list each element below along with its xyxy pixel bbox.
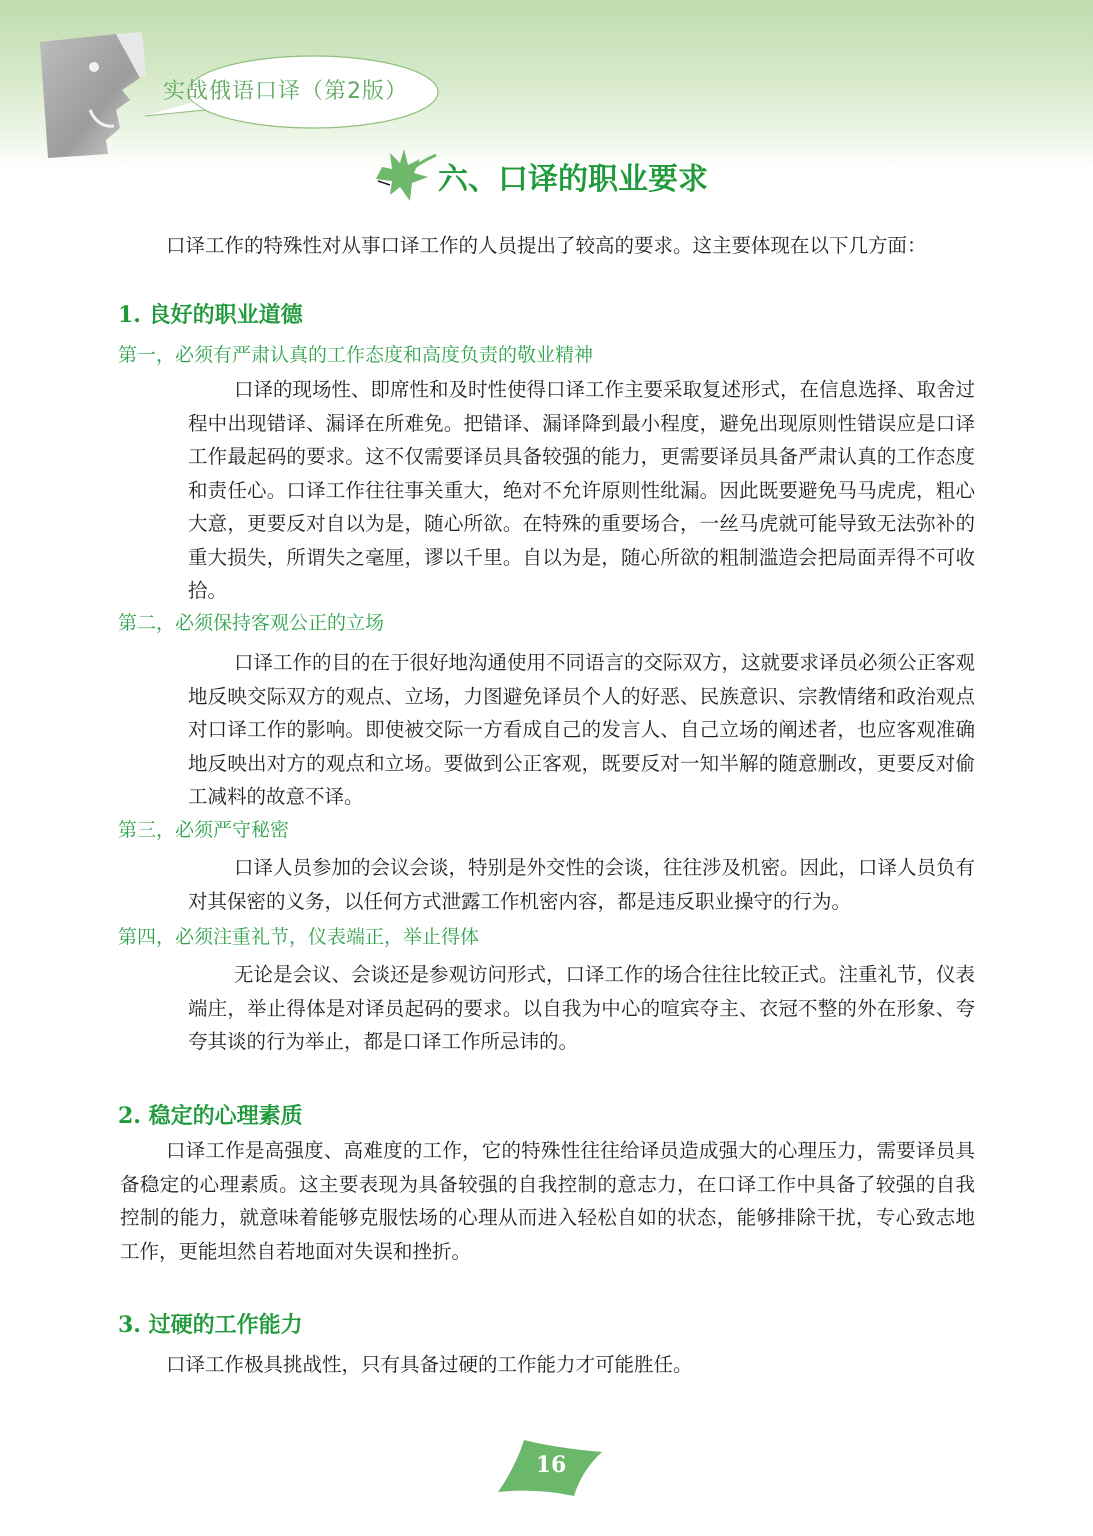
subsection-heading: 第三，必须严守秘密 — [118, 815, 289, 845]
intro-paragraph: 口译工作的特殊性对从事口译工作的人员提出了较高的要求。这主要体现在以下几方面： — [120, 229, 975, 263]
body-paragraph: 口译的现场性、即席性和及时性使得口译工作主要采取复述形式，在信息选择、取舍过程中… — [188, 373, 975, 608]
body-paragraph: 口译人员参加的会议会谈，特别是外交性的会谈，往往涉及机密。因此，口译人员负有对其… — [188, 851, 975, 918]
book-title: 实战俄语口译（第2版） — [163, 72, 423, 112]
body-paragraph: 口译工作是高强度、高难度的工作，它的特殊性往往给译员造成强大的心理压力，需要译员… — [120, 1134, 975, 1268]
body-paragraph: 无论是会议、会谈还是参观访问形式，口译工作的场合往往比较正式。注重礼节，仪表端庄… — [188, 958, 975, 1059]
subsection-heading: 第二，必须保持客观公正的立场 — [118, 608, 384, 638]
section-heading: 3. 过硬的工作能力 — [118, 1308, 303, 1342]
page-number: 16 — [496, 1450, 606, 1480]
maple-leaf-icon — [368, 145, 438, 205]
section-heading: 2. 稳定的心理素质 — [118, 1099, 303, 1133]
subsection-heading: 第四，必须注重礼节，仪表端正，举止得体 — [118, 922, 479, 952]
body-paragraph: 口译工作极具挑战性，只有具备过硬的工作能力才可能胜任。 — [120, 1348, 975, 1382]
body-paragraph: 口译工作的目的在于很好地沟通使用不同语言的交际双方，这就要求译员必须公正客观地反… — [188, 646, 975, 814]
subsection-heading: 第一，必须有严肃认真的工作态度和高度负责的敬业精神 — [118, 340, 593, 370]
face-profile-icon — [38, 30, 148, 160]
chapter-title: 六、口译的职业要求 — [438, 155, 708, 205]
section-heading: 1. 良好的职业道德 — [118, 298, 303, 332]
